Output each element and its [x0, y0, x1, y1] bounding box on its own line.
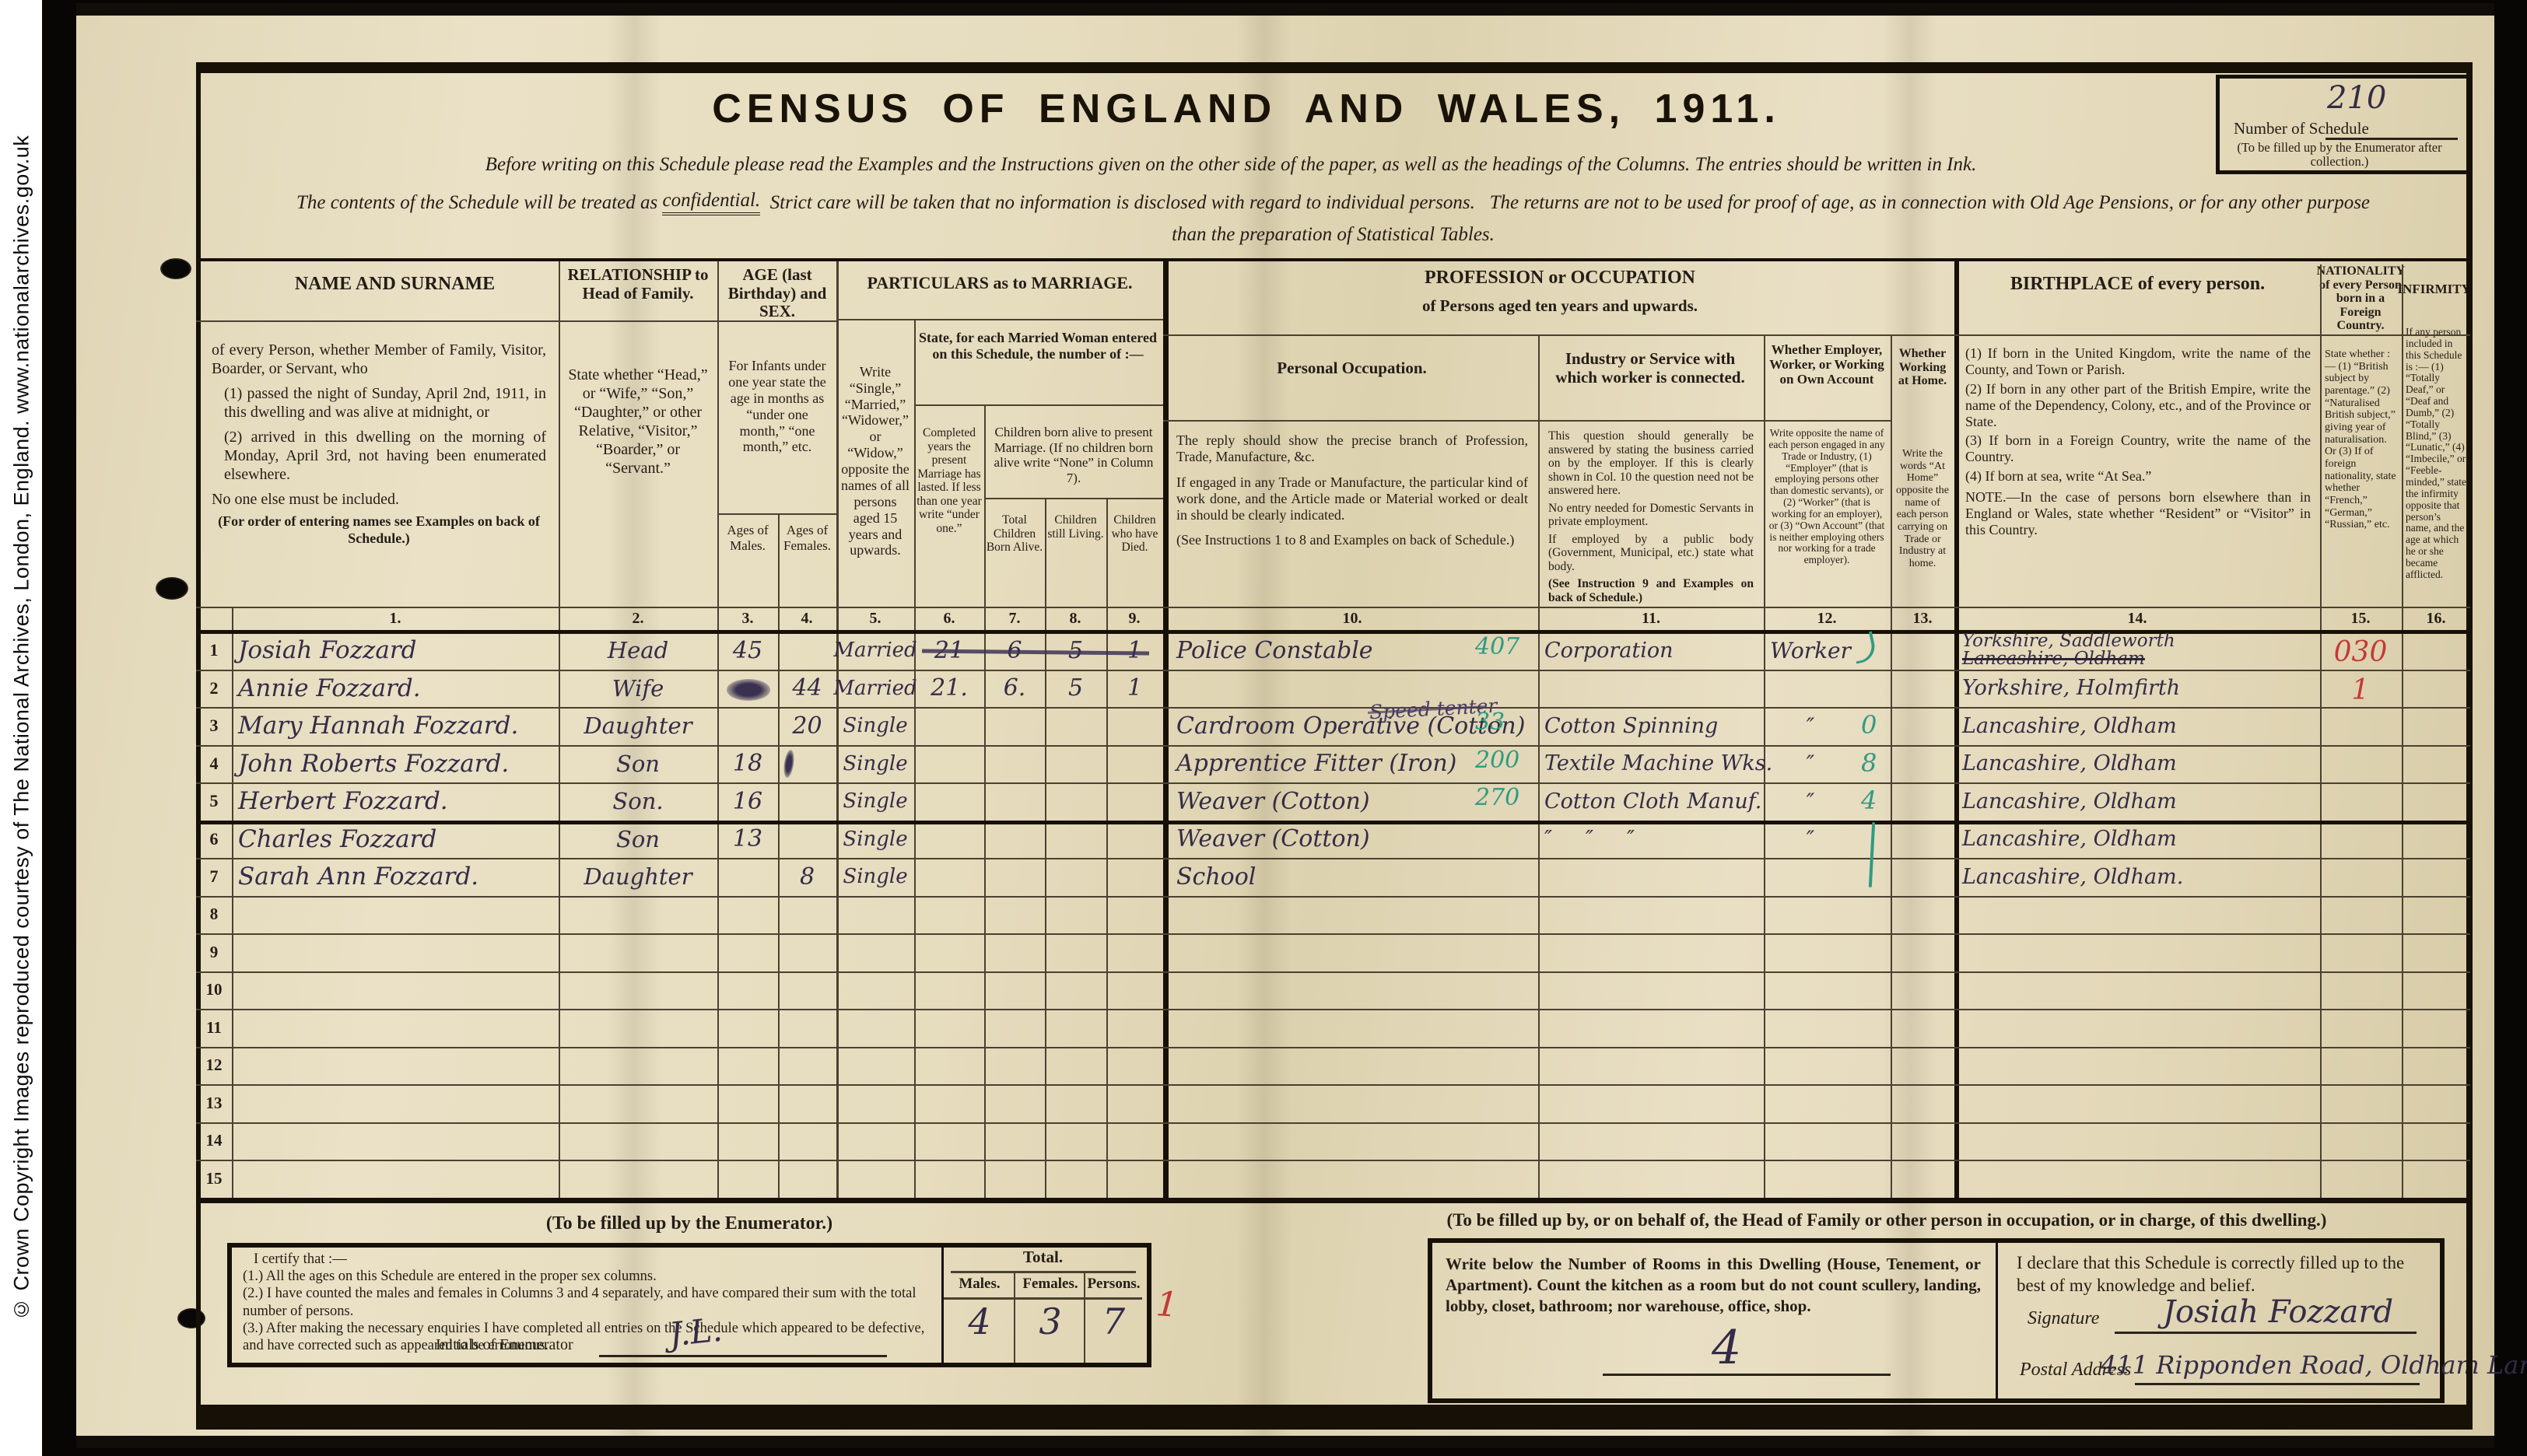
column-number: 4.	[776, 608, 838, 628]
schedule-number-note: (To be filled up by the Enumerator after…	[2224, 141, 2455, 169]
row-4-occupation-code: 200	[1475, 747, 1519, 774]
row-7-relation: Daughter	[559, 861, 717, 893]
signature-value: Josiah Fozzard	[2163, 1294, 2393, 1330]
row-1-age_m: 45	[717, 635, 778, 667]
grid-hline	[196, 1084, 2470, 1086]
row-5-industry: Cotton Cloth Manuf.	[1544, 786, 1762, 817]
grid-hline	[1163, 420, 1891, 422]
column-number: 14.	[2106, 608, 2168, 628]
column-number: 10.	[1321, 608, 1383, 628]
grid-hline	[196, 258, 2470, 261]
row-7-occupation: School	[1176, 861, 1488, 893]
column-number: 16.	[2405, 608, 2467, 628]
col-bp-i4: (4) If born at sea, write “At Sea.”	[1965, 468, 2311, 485]
census-schedule-scan: © Crown Copyright Images reproduced cour…	[0, 0, 2527, 1456]
punch-hole	[177, 1308, 205, 1328]
certify-intro: I certify that :—	[243, 1251, 927, 1268]
col-age-title: AGE (last Birthday) and SEX.	[720, 266, 834, 321]
row-4-relation: Son	[559, 748, 717, 780]
row-1-occupation: Police Constable	[1176, 635, 1488, 667]
col-nationality-desc: State whether :— (1) “British subject by…	[2325, 348, 2398, 531]
row-13-number: 13	[196, 1092, 232, 1114]
rooms-line	[1603, 1374, 1891, 1376]
col-birthplace-title: BIRTHPLACE of every person.	[1961, 274, 2315, 295]
row-8-number: 8	[196, 904, 232, 926]
row-6-no: 6	[196, 824, 232, 856]
persons-total-value: 7	[1085, 1300, 1142, 1342]
col-name-desc-item2: (2) arrived in this dwelling on the morn…	[212, 428, 546, 484]
col-name-desc-body: of every Person, whether Member of Famil…	[212, 341, 546, 378]
confidential-word: confidential.	[662, 190, 760, 215]
col-name-title: NAME AND SURNAME	[233, 274, 556, 295]
row-6-occupation: Weaver (Cotton)	[1176, 824, 1488, 856]
row-11-number: 11	[196, 1017, 232, 1038]
col-birthplace-desc: (1) If born in the United Kingdom, write…	[1965, 345, 2311, 538]
grid-vline	[984, 404, 986, 1198]
column-number: 5.	[844, 608, 906, 628]
grid-vline	[2402, 264, 2403, 1198]
totals-rule	[944, 1297, 1142, 1300]
confidential-line-2: than the preparation of Statistical Tabl…	[196, 224, 2470, 246]
head-declaration-divider	[1996, 1238, 1998, 1398]
row-7-name: Sarah Ann Fozzard.	[238, 861, 553, 893]
grid-vline	[717, 258, 719, 1198]
row-2-age_f: 44	[778, 673, 836, 705]
grid-hline	[196, 1122, 2470, 1124]
declaration-text: I declare that this Schedule is correctl…	[2017, 1252, 2421, 1297]
row-2-name: Annie Fozzard.	[238, 673, 553, 705]
form-border-top	[196, 62, 2470, 73]
row-1-relation: Head	[559, 635, 717, 667]
row-15-number: 15	[196, 1167, 232, 1189]
row-5-employment-code: 4	[1861, 786, 1877, 815]
grid-hline	[717, 513, 836, 515]
certify-3: (3.) After making the necessary enquirie…	[243, 1320, 927, 1354]
red-check-mark: 1	[1155, 1284, 1179, 1325]
column-number: 2.	[607, 608, 669, 628]
row-7-no: 7	[196, 861, 232, 893]
col-name-desc-note2: (For order of entering names see Example…	[212, 513, 546, 547]
col-age-females-label: Ages of Females.	[780, 523, 835, 553]
col-living-label: Children still Living.	[1047, 513, 1104, 541]
col-bp-i2: (2) If born in any other part of the Bri…	[1965, 381, 2311, 430]
col-occupation-group-title-2: of Persons aged ten years and upwards.	[1167, 297, 1953, 316]
scan-edge-top	[76, 3, 2494, 16]
grid-hline	[196, 971, 2470, 973]
row-6-industry: ″ ″ ″	[1544, 824, 1762, 856]
col-age-males-label: Ages of Males.	[719, 523, 776, 553]
scan-edge-bottom	[76, 1436, 2494, 1448]
col-po-p2: If engaged in any Trade or Manufacture, …	[1176, 474, 1528, 523]
schedule-number-value: 210	[2327, 80, 2386, 116]
col-bp-i3: (3) If born in a Foreign Country, write …	[1965, 432, 2311, 465]
grid-vline	[1891, 334, 1892, 1198]
grid-vline	[232, 607, 233, 1198]
row-4-industry: Textile Machine Wks.	[1544, 748, 1762, 780]
grid-hline	[836, 319, 1163, 320]
row-1-employment: Worker	[1764, 635, 1857, 667]
col-industry-title: Industry or Service with which worker is…	[1544, 350, 1756, 387]
confidential-line: The contents of the Schedule will be tre…	[196, 190, 2470, 215]
row-2-marital: Married	[836, 673, 914, 705]
grid-hline	[196, 320, 836, 322]
row-5-marital: Single	[836, 786, 914, 817]
row-1-industry: Corporation	[1544, 635, 1762, 667]
row-3-employment-code: 0	[1861, 710, 1877, 740]
females-total-value: 3	[1015, 1300, 1085, 1342]
column-number: 3.	[717, 608, 779, 628]
row-2-ink-smudge	[727, 679, 770, 701]
row-1-no: 1	[196, 635, 232, 667]
col-personal-occupation-title: Personal Occupation.	[1171, 359, 1533, 378]
grid-vline	[2320, 264, 2322, 1198]
col-years-desc: Completed years the present Marriage has…	[917, 426, 982, 535]
col-name-desc-note1: No one else must be included.	[212, 490, 546, 509]
row-5-occupation-code: 270	[1475, 784, 1519, 811]
col-born-label: Total Children Born Alive.	[986, 513, 1043, 555]
punch-hole	[160, 258, 191, 279]
col-po-p3: (See Instructions 1 to 8 and Examples on…	[1176, 532, 1528, 548]
grid-vline	[1538, 334, 1540, 1198]
row-3-marital: Single	[836, 710, 914, 742]
total-label: Total.	[944, 1248, 1142, 1267]
column-number: 7.	[983, 608, 1046, 628]
row-5-no: 5	[196, 786, 232, 817]
col-died-label: Children who have Died.	[1108, 513, 1162, 555]
row-4-no: 4	[196, 748, 232, 780]
col-name-desc-item1: (1) passed the night of Sunday, April 2n…	[212, 384, 546, 422]
grid-vline	[1106, 498, 1108, 1198]
grid-hline	[984, 498, 1163, 499]
grid-hline	[196, 670, 2470, 671]
grid-hline	[196, 858, 2470, 859]
grid-hline	[196, 1009, 2470, 1010]
row-3-employment: ″	[1764, 710, 1857, 742]
row-2-born: 6.	[984, 673, 1045, 705]
row-3-age_f: 20	[778, 710, 836, 742]
col-nationality-title: NATIONALITY of every Person born in a Fo…	[2323, 264, 2398, 333]
initials-signature: J.L.	[668, 1311, 724, 1354]
row-14-number: 14	[196, 1130, 232, 1152]
punch-hole	[156, 577, 188, 600]
col-employer-title: Whether Employer, Worker, or Working on …	[1768, 342, 1886, 387]
initials-label: Initials of Enumerator	[436, 1336, 573, 1354]
column-number: 12.	[1796, 608, 1858, 628]
col-po-p1: The reply should show the precise branch…	[1176, 432, 1528, 465]
col-occupation-group-title-1: PROFESSION or OCCUPATION	[1167, 268, 1953, 289]
column-number: 13.	[1891, 608, 1954, 628]
row-5-employment: ″	[1764, 786, 1857, 817]
col-relationship-desc: State whether “Head,” or “Wife,” “Son,” …	[565, 366, 711, 478]
row-3-name: Mary Hannah Fozzard.	[238, 710, 553, 742]
grid-hline	[196, 707, 2470, 709]
row-4-birthplace: Lancashire, Oldham	[1962, 748, 2312, 780]
row-7-birthplace: Lancashire, Oldham.	[1962, 861, 2312, 893]
col-personal-occupation-desc: The reply should show the precise branch…	[1176, 432, 1528, 548]
confidential-post: Strict care will be taken that no inform…	[760, 192, 2370, 214]
pre-instruction-line: Before writing on this Schedule please r…	[235, 154, 2227, 176]
females-label: Females.	[1015, 1276, 1085, 1293]
col-employer-desc: Write opposite the name of each person e…	[1768, 428, 1885, 566]
col-relationship-title: RELATIONSHIP to Head of Family.	[562, 266, 714, 303]
postal-address-line	[2135, 1383, 2420, 1385]
grid-hline	[196, 782, 2470, 784]
page-title: CENSUS OF ENGLAND AND WALES, 1911.	[352, 84, 2141, 134]
row-9-number: 9	[196, 941, 232, 963]
row-5-age_m: 16	[717, 786, 778, 817]
males-total-value: 4	[944, 1300, 1015, 1342]
grid-vline	[914, 319, 916, 1198]
total-underline	[951, 1271, 1136, 1273]
grid-hline	[196, 896, 2470, 898]
row-3-industry: Cotton Spinning	[1544, 710, 1762, 742]
row-2-relation: Wife	[559, 673, 717, 705]
grid-vline	[1045, 498, 1046, 1198]
row-3-occupation-code: 33	[1475, 709, 1505, 736]
signature-line	[2115, 1332, 2417, 1334]
col-age-desc: For Infants under one year state the age…	[722, 358, 832, 455]
form-border-bottom	[196, 1405, 2470, 1430]
row-5-birthplace: Lancashire, Oldham	[1962, 786, 2312, 817]
row-4-age_m: 18	[717, 748, 778, 780]
copyright-text: © Crown Copyright Images reproduced cour…	[6, 0, 37, 1456]
column-number: 6.	[918, 608, 980, 628]
rooms-instruction: Write below the Number of Rooms in this …	[1446, 1254, 1981, 1317]
grid-hline	[1163, 334, 2470, 336]
col-ind-p3: If employed by a public body (Government…	[1548, 533, 1754, 574]
grid-hline	[196, 1047, 2470, 1048]
col-name-desc: of every Person, whether Member of Famil…	[212, 341, 546, 547]
row-5-occupation: Weaver (Cotton)	[1176, 786, 1488, 817]
row-2-nationality-mark: 1	[2322, 674, 2399, 706]
row-4-marital: Single	[836, 748, 914, 780]
row-5-relation: Son.	[559, 786, 717, 817]
enumerator-heading: (To be filled up by the Enumerator.)	[227, 1213, 1151, 1234]
row-5-name: Herbert Fozzard.	[238, 786, 553, 817]
col-at-home-desc: Write the words “At Home” opposite the n…	[1894, 448, 1950, 570]
row-2-living: 5	[1045, 673, 1106, 705]
col-at-home-title: Whether Working at Home.	[1894, 347, 1951, 388]
row-6-name: Charles Fozzard	[238, 824, 553, 856]
row-1-name: Josiah Fozzard	[238, 635, 553, 667]
row-4-name: John Roberts Fozzard.	[238, 748, 553, 780]
col-infirmity-title: INFIRMITY.	[2404, 282, 2466, 296]
enumerator-certify: I certify that :— (1.) All the ages on t…	[243, 1251, 927, 1354]
row-3-relation: Daughter	[559, 710, 717, 742]
col-ind-p1: This question should generally be answer…	[1548, 429, 1754, 498]
col-children-group-desc: Children born alive to present Marriage.…	[990, 425, 1158, 485]
row-6-age_m: 13	[717, 824, 778, 856]
rooms-value: 4	[1712, 1321, 1741, 1375]
col-married-woman-note: State, for each Married Woman entered on…	[918, 330, 1158, 362]
col-bp-i1: (1) If born in the United Kingdom, write…	[1965, 345, 2311, 378]
row-2-no: 2	[196, 673, 232, 705]
row-4-occupation: Apprentice Fitter (Iron)	[1176, 748, 1488, 780]
grid-vline	[1954, 258, 1959, 1198]
column-number: 8.	[1044, 608, 1106, 628]
schedule-number-label: Number of Schedule	[2234, 119, 2369, 138]
row-12-number: 12	[196, 1055, 232, 1076]
row-6-marital: Single	[836, 824, 914, 856]
row-3-birthplace: Lancashire, Oldham	[1962, 710, 2312, 742]
row-10-number: 10	[196, 979, 232, 1001]
column-number: 11.	[1620, 608, 1682, 628]
males-label: Males.	[944, 1276, 1015, 1293]
column-number: 1.	[364, 608, 426, 628]
row-3-no: 3	[196, 710, 232, 742]
row-7-age_f: 8	[778, 861, 836, 893]
col-bp-note: NOTE.—In the case of persons born elsewh…	[1965, 489, 2311, 538]
row-6-birthplace: Lancashire, Oldham	[1962, 824, 2312, 856]
head-declaration-heading: (To be filled up by, or on behalf of, th…	[1323, 1210, 2451, 1230]
col-ind-p2: No entry needed for Domestic Servants in…	[1548, 502, 1754, 529]
row-1-nationality-mark: 030	[2322, 636, 2399, 668]
confidential-pre: The contents of the Schedule will be tre…	[296, 192, 663, 214]
grid-hline	[196, 933, 2470, 935]
grid-hline	[914, 404, 1163, 406]
col-infirmity-desc: If any person included in this Schedule …	[2406, 327, 2466, 581]
row-6-relation: Son	[559, 824, 717, 856]
col-marriage-group-title: PARTICULARS as to MARRIAGE.	[836, 274, 1163, 293]
grid-hline	[196, 1160, 2470, 1161]
grid-vline	[1163, 258, 1169, 1198]
row-1-occupation-code: 407	[1475, 633, 1519, 660]
col-ind-p4: (See Instruction 9 and Examples on back …	[1548, 577, 1754, 604]
row-4-employment-code: 8	[1861, 748, 1877, 778]
col-single-desc: Write “Single,” “Married,” “Widower,” or…	[840, 333, 910, 590]
schedule-number-box: Number of Schedule 210 (To be filled up …	[2216, 75, 2471, 174]
postal-address-value: 411 Ripponden Road, Oldham Lancs	[2101, 1350, 2527, 1380]
row-2-died: 1	[1106, 673, 1163, 705]
grid-hline	[196, 745, 2470, 747]
initials-line	[599, 1355, 887, 1357]
signature-label: Signature	[2028, 1308, 2099, 1329]
grid-hline	[196, 1198, 2470, 1203]
row-1-birthplace-struck: Lancashire, Oldham	[1962, 649, 2312, 668]
certify-2: (2.) I have counted the males and female…	[243, 1285, 927, 1319]
row-4-employment: ″	[1764, 748, 1857, 780]
row-6-employment: ″	[1764, 824, 1857, 856]
column-number: 15.	[2329, 608, 2392, 628]
row-2-years: 21.	[914, 673, 984, 705]
row-1-birthplace: Yorkshire, Saddleworth	[1962, 632, 2312, 650]
row-7-marital: Single	[836, 861, 914, 893]
certify-1: (1.) All the ages on this Schedule are e…	[243, 1268, 927, 1285]
row-2-birthplace: Yorkshire, Holmfirth	[1962, 673, 2312, 705]
persons-label: Persons.	[1085, 1276, 1142, 1293]
col-industry-desc: This question should generally be answer…	[1548, 429, 1754, 604]
row-1-marital: Married	[836, 635, 914, 667]
column-number: 9.	[1103, 608, 1165, 628]
